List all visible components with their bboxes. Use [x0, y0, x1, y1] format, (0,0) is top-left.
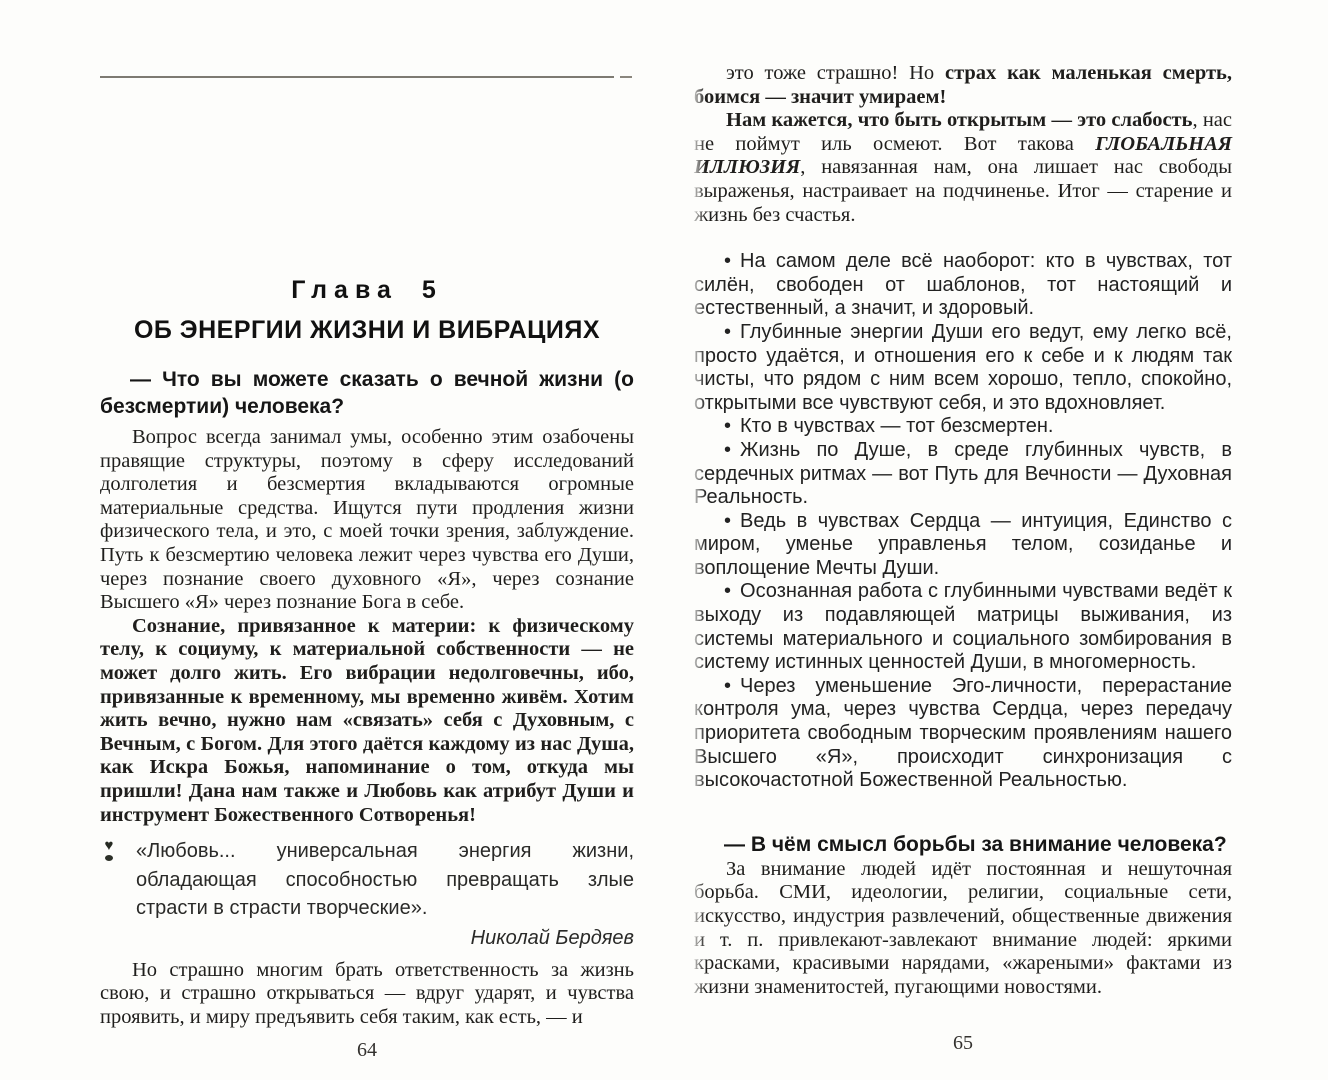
paragraph-answer: Вопрос всегда занимал умы, особенно этим… [100, 426, 634, 615]
page-left: Глава 5 ОБ ЭНЕРГИИ ЖИЗНИ И ВИБРАЦИЯХ — Ч… [100, 0, 634, 1080]
paragraph-fear: это тоже страшно! Но страх как маленькая… [694, 62, 1232, 109]
bullet-list: •На самом деле всё наоборот: кто в чувст… [694, 250, 1232, 793]
page-number-left: 64 [100, 1039, 634, 1062]
paragraph-illusion: Нам кажется, что быть открытым — это сла… [694, 109, 1232, 227]
bullet-icon: • [724, 675, 731, 697]
header-rule [100, 76, 634, 78]
question-eternal-life: — Что вы можете сказать о вечной жизни (… [100, 366, 634, 420]
quote-text: «Любовь... универсальная энергия жизни, … [136, 837, 634, 923]
bullet-icon: • [724, 250, 731, 272]
paragraph-emphasis: Сознание, привязанное к материи: к физич… [100, 615, 634, 827]
bullet-icon: • [724, 439, 731, 461]
quote-marker-icon: ♥ [100, 840, 118, 861]
right-page-text: это тоже страшно! Но страх как маленькая… [694, 0, 1232, 999]
question-attention: — В чём смысл борьбы за внимание человек… [694, 831, 1232, 858]
list-item-text: Глубинные энергии Души его ведут, ему ле… [694, 321, 1232, 414]
quote-block: ♥ «Любовь... универсальная энергия жизни… [100, 837, 634, 923]
list-item: •Глубинные энергии Души его ведут, ему л… [694, 321, 1232, 415]
text-run: это тоже страшно! Но [726, 62, 945, 84]
list-item: •Через уменьшение Эго-личности, перераст… [694, 675, 1232, 793]
dot-icon [105, 855, 113, 861]
list-item-text: Осознанная работа с глубинными чувствами… [694, 580, 1232, 673]
list-item: •Жизнь по Душе, в среде глубинных чувств… [694, 439, 1232, 510]
page-number-right: 65 [694, 1032, 1232, 1055]
page-right: это тоже страшно! Но страх как маленькая… [694, 0, 1232, 1080]
chapter-label: Глава 5 [100, 276, 634, 305]
list-item-text: Жизнь по Душе, в среде глубинных чувств,… [694, 439, 1232, 508]
text-run-bold: Нам кажется, что быть открытым — это сла… [726, 109, 1192, 131]
list-item: •Ведь в чувствах Сердца — интуиция, Един… [694, 510, 1232, 581]
list-item-text: Через уменьшение Эго-личности, перераста… [694, 675, 1232, 791]
bullet-icon: • [724, 510, 731, 532]
list-item-text: Кто в чувствах — тот безсмертен. [740, 415, 1053, 437]
header-rule-dash [620, 76, 632, 78]
chapter-title: ОБ ЭНЕРГИИ ЖИЗНИ И ВИБРАЦИЯХ [100, 316, 634, 345]
list-item: •Осознанная работа с глубинными чувствам… [694, 580, 1232, 674]
bullet-icon: • [724, 321, 731, 343]
list-item-text: На самом деле всё наоборот: кто в чувств… [694, 250, 1232, 319]
header-rule-line [100, 76, 614, 78]
paragraph-continuation: Но страшно многим брать ответственность … [100, 959, 634, 1030]
bullet-icon: • [724, 415, 731, 437]
heart-icon: ♥ [100, 840, 118, 852]
quote-attribution: Николай Бердяев [100, 927, 634, 950]
book-spread: Глава 5 ОБ ЭНЕРГИИ ЖИЗНИ И ВИБРАЦИЯХ — Ч… [0, 0, 1328, 1080]
paragraph-attention-answer: За внимание людей идёт постоянная и нешу… [694, 858, 1232, 1000]
list-item-text: Ведь в чувствах Сердца — интуиция, Единс… [694, 510, 1232, 579]
list-item: •На самом деле всё наоборот: кто в чувст… [694, 250, 1232, 321]
bullet-icon: • [724, 580, 731, 602]
list-item: •Кто в чувствах — тот безсмертен. [694, 415, 1232, 439]
